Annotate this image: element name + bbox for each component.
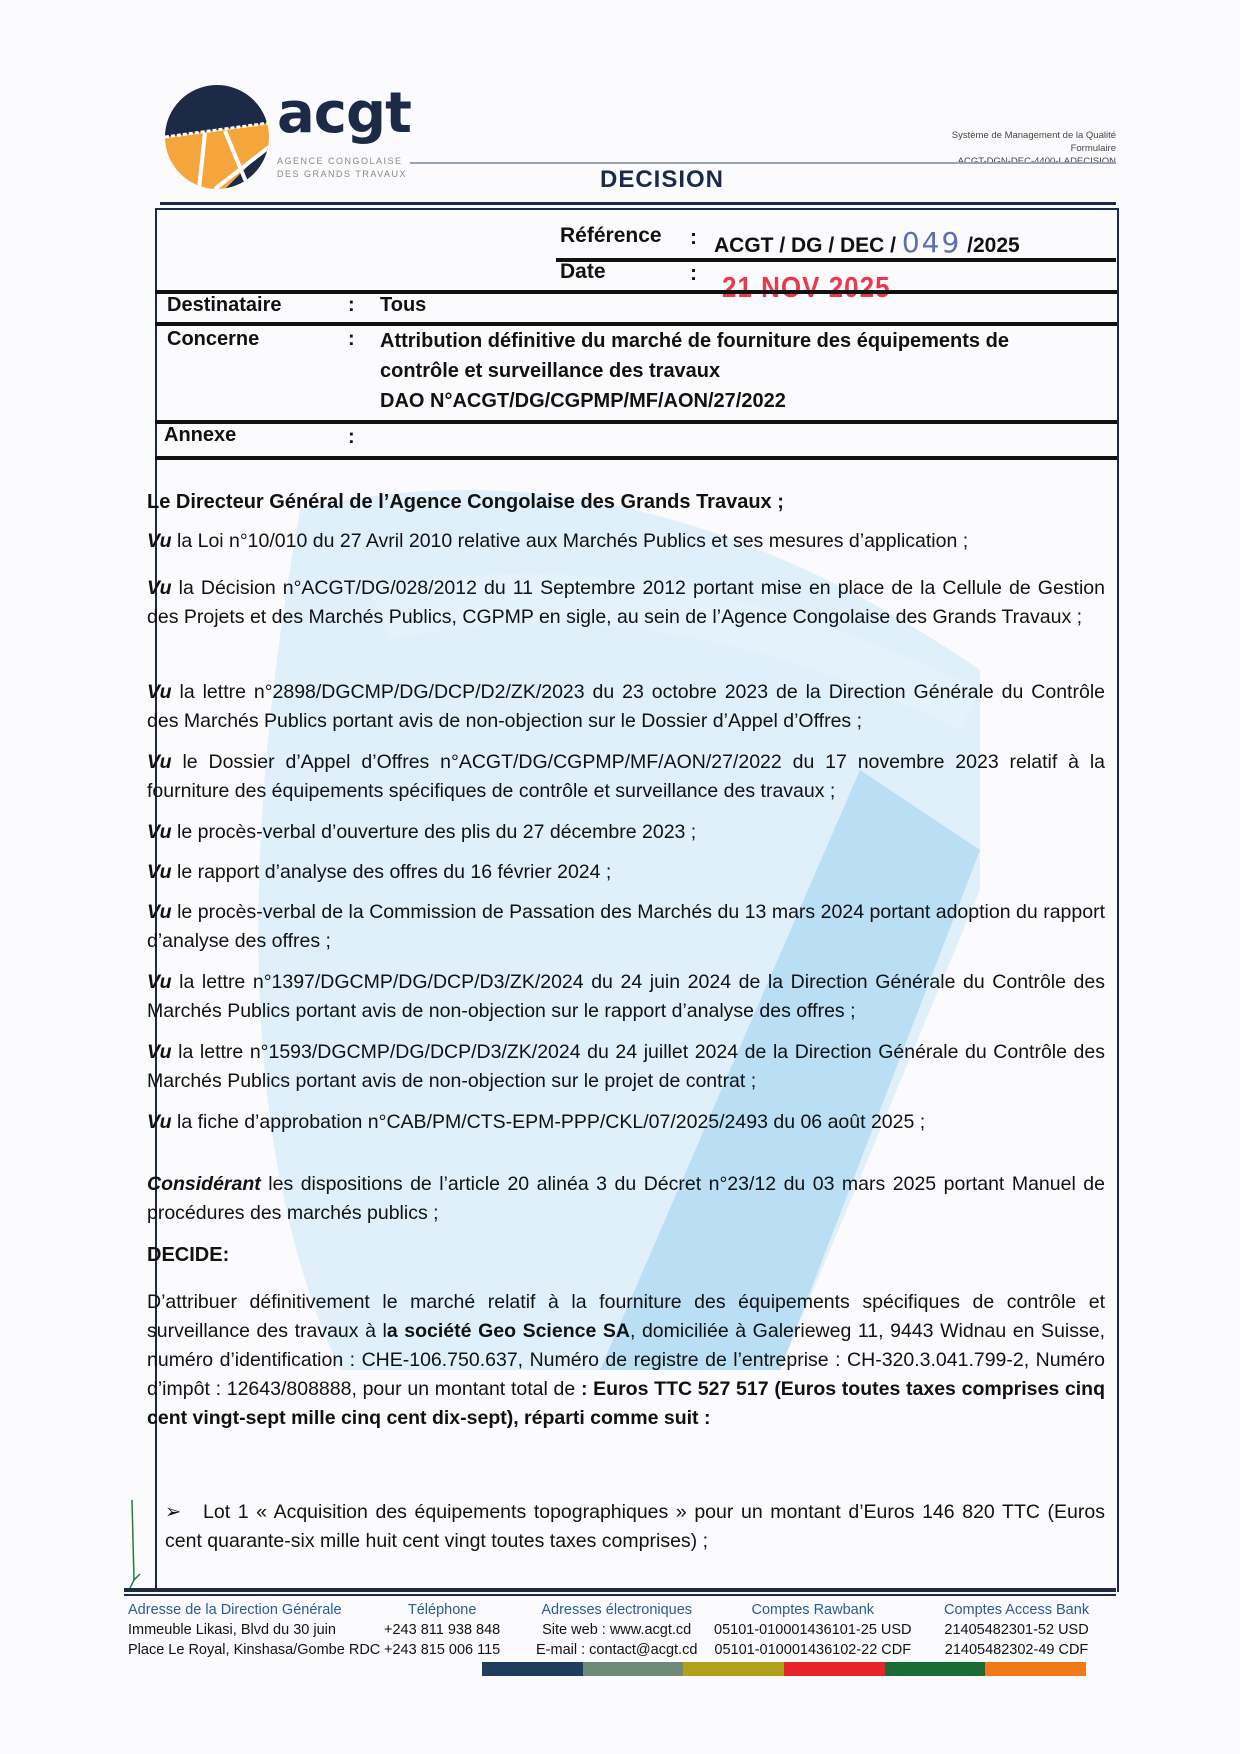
visa-text: la fiche d’approbation n°CAB/PM/CTS-EPM-…	[177, 1111, 925, 1133]
vu-word: Vu	[147, 577, 172, 599]
footer-email-link[interactable]: E-mail : contact@acgt.cd	[536, 1640, 697, 1660]
footer-rawbank1: 05101-010001436101-25 USD	[714, 1620, 912, 1640]
footer-rule	[124, 1588, 1116, 1592]
reference-colon: :	[690, 226, 697, 250]
visa-paragraph: Vu le procès-verbal de la Commission de …	[147, 898, 1105, 956]
acgt-logo: acgt AGENCE CONGOLAISE DES GRANDS TRAVAU…	[165, 85, 425, 195]
visa-text: le procès-verbal d’ouverture des plis du…	[177, 821, 696, 843]
visa-paragraph: Vu la Loi n°10/010 du 27 Avril 2010 rela…	[147, 527, 1105, 556]
considerant-paragraph: Considérant les dispositions de l’articl…	[147, 1170, 1105, 1228]
document-title: DECISION	[600, 166, 724, 194]
concerne-colon: :	[348, 328, 355, 351]
footer-address: Adresse de la Direction Générale Immeubl…	[128, 1600, 380, 1660]
footer-rawbank-head: Comptes Rawbank	[714, 1600, 912, 1620]
visa-paragraph: Vu la fiche d’approbation n°CAB/PM/CTS-E…	[147, 1108, 1105, 1137]
footer-website-link[interactable]: Site web : www.acgt.cd	[536, 1620, 697, 1640]
concerne-line2: contrôle et surveillance des travaux	[380, 356, 1110, 386]
concerne-value: Attribution définitive du marché de four…	[380, 326, 1110, 416]
visa-paragraph: Vu la lettre n°2898/DGCMP/DG/DCP/D2/ZK/2…	[147, 678, 1105, 736]
footer-phone: Téléphone +243 811 938 848 +243 815 006 …	[384, 1600, 500, 1660]
lot-item: ➢Lot 1 « Acquisition des équipements top…	[165, 1498, 1105, 1556]
vu-word: Vu	[147, 751, 172, 773]
destinataire-colon: :	[348, 294, 355, 317]
decide-heading: DECIDE:	[147, 1241, 1105, 1270]
destinataire-label: Destinataire	[167, 294, 282, 317]
concerne-line1: Attribution définitive du marché de four…	[380, 326, 1110, 356]
annexe-colon: :	[348, 426, 355, 449]
visa-paragraph: Vu la lettre n°1397/DGCMP/DG/DCP/D3/ZK/2…	[147, 968, 1105, 1026]
vu-word: Vu	[147, 530, 172, 552]
footer-address-head: Adresse de la Direction Générale	[128, 1600, 380, 1620]
header-rule	[410, 162, 1116, 164]
reference-value: ACGT / DG / DEC / 049 /2025	[714, 226, 1020, 259]
date-rule	[155, 290, 1117, 294]
visa-text: la Loi n°10/010 du 27 Avril 2010 relativ…	[177, 530, 968, 552]
footer-rule-2	[124, 1594, 1116, 1596]
concerne-line3: DAO N°ACGT/DG/CGPMP/MF/AON/27/2022	[380, 386, 1110, 416]
vu-word: Vu	[147, 681, 172, 703]
footer-phone2: +243 815 006 115	[384, 1640, 500, 1660]
logo-subtitle: AGENCE CONGOLAISE DES GRANDS TRAVAUX	[277, 155, 407, 181]
visa-text: le Dossier d’Appel d’Offres n°ACGT/DG/CG…	[147, 751, 1105, 802]
annexe-rule	[155, 456, 1117, 460]
visa-paragraph: Vu la lettre n°1593/DGCMP/DG/DCP/D3/ZK/2…	[147, 1038, 1105, 1096]
color-bar-segment	[885, 1662, 986, 1676]
visa-text: le procès-verbal de la Commission de Pas…	[147, 901, 1105, 952]
color-bar-segment	[683, 1662, 784, 1676]
intro-line: Le Directeur Général de l’Agence Congola…	[147, 488, 1105, 517]
footer-rawbank2: 05101-010001436102-22 CDF	[714, 1640, 912, 1660]
handwritten-initial-mark	[128, 1500, 142, 1590]
qms-reference: Système de Management de la Qualité Form…	[952, 145, 1116, 184]
visa-paragraph: Vu le rapport d’analyse des offres du 16…	[147, 858, 1105, 887]
vu-word: Vu	[147, 861, 172, 883]
logo-wordmark: acgt	[277, 81, 411, 146]
visa-text: la lettre n°2898/DGCMP/DG/DCP/D2/ZK/2023…	[147, 681, 1105, 732]
date-colon: :	[690, 262, 697, 286]
footer-web-head: Adresses électroniques	[536, 1600, 697, 1620]
visa-paragraph: Vu le procès-verbal d’ouverture des plis…	[147, 818, 1105, 847]
logo-emblem-icon	[165, 85, 269, 189]
vu-word: Vu	[147, 1111, 172, 1133]
color-bar-segment	[985, 1662, 1086, 1676]
color-bar-segment	[583, 1662, 684, 1676]
lot-text: Lot 1 « Acquisition des équipements topo…	[165, 1501, 1105, 1552]
vu-word: Vu	[147, 971, 172, 993]
decision-paragraph: D’attribuer définitivement le marché rel…	[147, 1288, 1105, 1433]
concerne-rule	[155, 420, 1117, 424]
vu-word: Vu	[147, 901, 172, 923]
reference-rule	[556, 258, 1116, 262]
footer-accessbank2: 21405482302-49 CDF	[944, 1640, 1089, 1660]
considerant-word: Considérant	[147, 1173, 261, 1195]
vu-word: Vu	[147, 1041, 172, 1063]
considerant-text: les dispositions de l’article 20 alinéa …	[147, 1173, 1105, 1224]
visa-text: la Décision n°ACGT/DG/028/2012 du 11 Sep…	[147, 577, 1105, 628]
footer-phone-head: Téléphone	[384, 1600, 500, 1620]
footer-address-line2: Place Le Royal, Kinshasa/Gombe RDC	[128, 1640, 380, 1660]
visa-text: la lettre n°1593/DGCMP/DG/DCP/D3/ZK/2024…	[147, 1041, 1105, 1092]
footer-web: Adresses électroniques Site web : www.ac…	[536, 1600, 697, 1660]
reference-number: 049	[902, 226, 961, 259]
reference-label: Référence	[560, 224, 662, 248]
footer-accessbank-head: Comptes Access Bank	[944, 1600, 1089, 1620]
reference-year: /2025	[967, 234, 1020, 257]
visa-paragraph: Vu la Décision n°ACGT/DG/028/2012 du 11 …	[147, 574, 1105, 632]
date-label: Date	[560, 260, 606, 284]
reference-prefix: ACGT / DG / DEC /	[714, 234, 896, 257]
destinataire-value: Tous	[380, 290, 426, 320]
footer-accessbank1: 21405482301-52 USD	[944, 1620, 1089, 1640]
annexe-label: Annexe	[164, 424, 236, 447]
color-bar-segment	[482, 1662, 583, 1676]
qms-line1: Système de Management de la Qualité	[952, 129, 1116, 142]
visa-paragraph: Vu le Dossier d’Appel d’Offres n°ACGT/DG…	[147, 748, 1105, 806]
date-stamp: 21 NOV 2025	[722, 270, 891, 304]
footer-accessbank: Comptes Access Bank 21405482301-52 USD 2…	[944, 1600, 1089, 1660]
arrow-bullet-icon: ➢	[165, 1498, 203, 1527]
footer-color-bar	[482, 1662, 1086, 1676]
logo-subtitle-line1: AGENCE CONGOLAISE	[277, 155, 407, 168]
qms-line2: Formulaire	[952, 142, 1116, 155]
vu-word: Vu	[147, 821, 172, 843]
concerne-label: Concerne	[167, 328, 259, 351]
decision-company: a société Geo Science SA	[387, 1320, 630, 1342]
footer-address-line1: Immeuble Likasi, Blvd du 30 juin	[128, 1620, 380, 1640]
color-bar-segment	[784, 1662, 885, 1676]
footer-rawbank: Comptes Rawbank 05101-010001436101-25 US…	[714, 1600, 912, 1660]
visa-text: le rapport d’analyse des offres du 16 fé…	[177, 861, 611, 883]
header-rule-bottom	[160, 202, 1116, 205]
footer-phone1: +243 811 938 848	[384, 1620, 500, 1640]
visa-text: la lettre n°1397/DGCMP/DG/DCP/D3/ZK/2024…	[147, 971, 1105, 1022]
logo-subtitle-line2: DES GRANDS TRAVAUX	[277, 168, 407, 181]
